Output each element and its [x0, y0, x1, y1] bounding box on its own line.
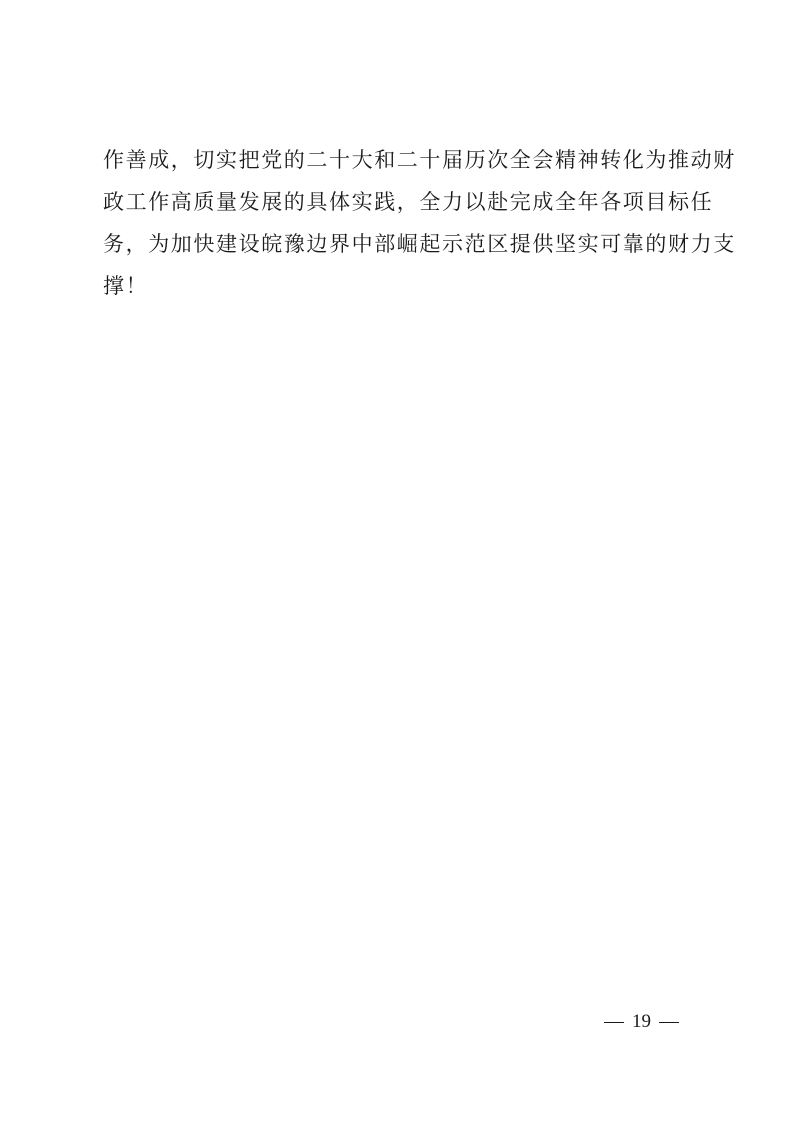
paragraph-line: 作善成，切实把党的二十大和二十届历次全会精神转化为推动财 — [103, 146, 695, 188]
body-paragraph: 作善成，切实把党的二十大和二十届历次全会精神转化为推动财 政工作高质量发展的具体… — [103, 146, 695, 314]
paragraph-line: 政工作高质量发展的具体实践，全力以赴完成全年各项目标任 — [103, 188, 695, 230]
document-page: 作善成，切实把党的二十大和二十届历次全会精神转化为推动财 政工作高质量发展的具体… — [0, 0, 793, 1122]
dash-right-decoration — [659, 1022, 679, 1023]
page-number: 19 — [596, 1010, 686, 1034]
paragraph-line: 务，为加快建设皖豫边界中部崛起示范区提供坚实可靠的财力支 — [103, 230, 695, 272]
dash-left-decoration — [604, 1022, 624, 1023]
paragraph-line: 撑！ — [103, 272, 695, 314]
page-number-value: 19 — [632, 1011, 651, 1032]
